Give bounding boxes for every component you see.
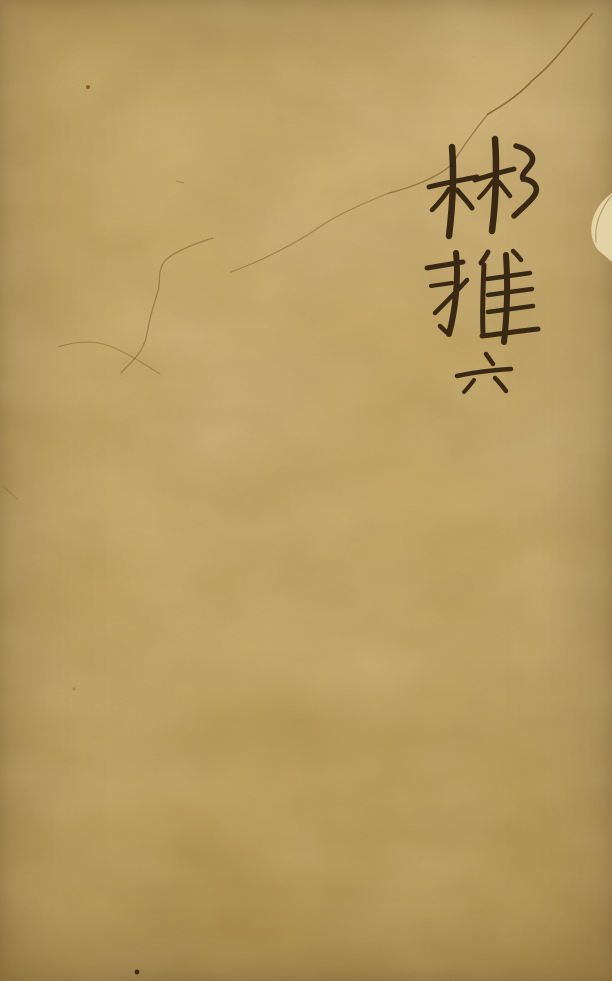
paper-artwork (0, 0, 612, 981)
book-cover-scan: 彬 雅 六 (0, 0, 612, 981)
speck-dark-bottom (135, 970, 140, 975)
speck-rust (86, 85, 90, 89)
speck-olive (72, 687, 75, 690)
